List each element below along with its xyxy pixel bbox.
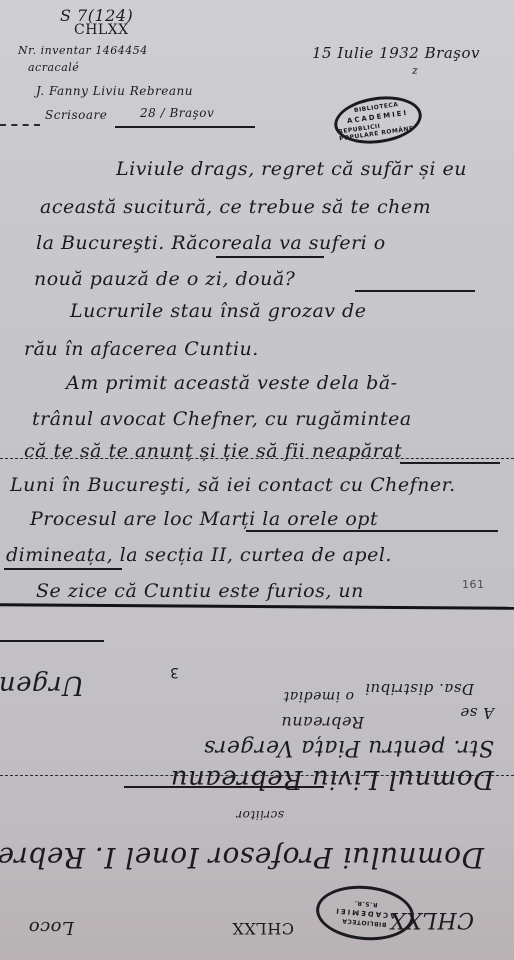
- strike-rule: [355, 290, 475, 292]
- dashed-guide-rule: [0, 775, 514, 776]
- side-note-2: Dsa. distribui: [365, 680, 474, 698]
- addressee-name: Domnul Liviu Rebreanu: [170, 764, 494, 794]
- scrisoare-label: Scrisoare: [45, 108, 107, 122]
- street-line: Str. pentru Piața Vergers: [203, 735, 494, 760]
- urgent-mark: Urgent: [0, 670, 84, 700]
- recipient-note: J. Fanny Liviu Rebreanu: [36, 84, 193, 98]
- loco-note: Loco: [28, 917, 74, 938]
- letter-line: Lucrurile stau însă grozav de: [70, 300, 366, 322]
- archive-ref-line2: CHLXX: [74, 22, 129, 38]
- date-place: 15 Iulie 1932 Braşov: [312, 44, 480, 62]
- page-number: 161: [462, 578, 485, 591]
- scriitor-line: scriitor: [236, 808, 284, 822]
- urgent-underline: [0, 640, 104, 642]
- addressee-line: Domnului Profesor Ionel I. Rebreanu: [0, 841, 484, 874]
- letter-line: această sucitură, ce trebue să te chem: [40, 196, 431, 218]
- underline-racoreala: [216, 256, 324, 258]
- library-stamp-bottom: BIBLIOTECA ACADEMIEI R.S.R.: [314, 882, 416, 944]
- underline-marti: [246, 530, 498, 532]
- inventory-note: Nr. inventar 1464454: [18, 44, 148, 57]
- letter-line: rău în afacerea Cuntiu.: [24, 338, 259, 360]
- side-note-3: o imediat: [283, 688, 354, 704]
- letter-line: Luni în Bucureşti, să iei contact cu Che…: [10, 474, 456, 496]
- letter-line: trânul avocat Chefner, cu rugămintea: [32, 408, 412, 430]
- letter-line: la Bucureşti. Răcoreala va suferi o: [36, 232, 386, 254]
- letter-line: Se zice că Cuntiu este furios, un: [36, 580, 364, 602]
- letter-line: Procesul are loc Marți la orele opt: [30, 508, 378, 530]
- archive-code: CHLXX: [232, 919, 294, 938]
- header-underline: [115, 126, 255, 128]
- underline-neaparat: [400, 462, 500, 464]
- letter-line: dimineața, la secția II, curtea de apel.: [6, 544, 392, 566]
- scrisoare-date: 28 / Braşov: [140, 106, 214, 120]
- letter-line: Liviule drags, regret că sufăr și eu: [116, 158, 467, 180]
- stamp-ring-bottom: R.S.R.: [354, 899, 378, 908]
- date-sub-mark: z: [412, 64, 418, 77]
- letter-line: că te să te anunț și ție să fii neapărat: [24, 440, 402, 462]
- letter-line: Am primit această veste dela bă-: [66, 372, 398, 394]
- side-note-1: A se: [460, 704, 494, 722]
- letter-line: nouă pauză de o zi, două?: [34, 268, 295, 290]
- reverse-side-rotated: CHLXX BIBLIOTECA ACADEMIEI R.S.R. CHLXX …: [0, 608, 514, 960]
- header-dash-rule: [0, 124, 40, 126]
- inventory-note2: acracalé: [28, 61, 79, 74]
- stamp-ring-top: BIBLIOTECA: [342, 917, 387, 928]
- circle-mark: 3: [170, 664, 179, 680]
- side-note-4: Rebreanu: [281, 713, 364, 732]
- address-underline: [124, 786, 324, 788]
- underline-dimineata: [4, 568, 122, 570]
